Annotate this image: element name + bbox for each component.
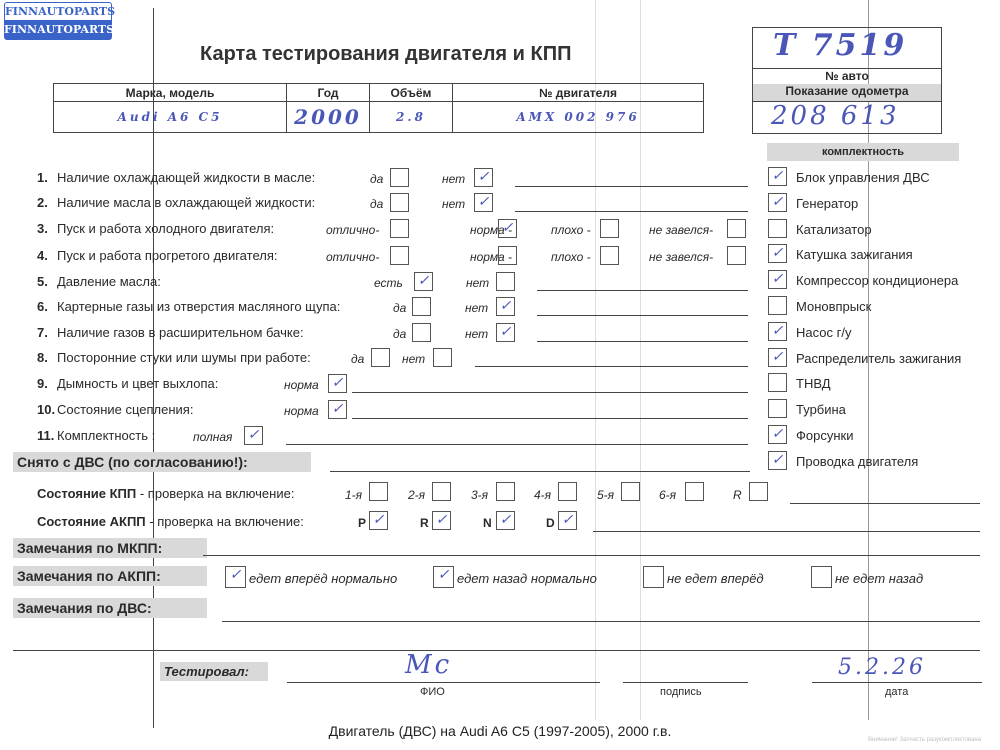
removed-line[interactable]: [330, 471, 750, 472]
remarks-mkpp-line[interactable]: [203, 555, 980, 556]
option-checkbox[interactable]: [727, 219, 746, 238]
akpp-option-label: не едет вперёд: [667, 571, 764, 586]
check-number: 6.: [37, 299, 57, 314]
fio-value: Мс: [405, 650, 452, 680]
check-text: Посторонние стуки или шумы при работе:: [57, 350, 311, 365]
check-row: 5.Давление масла:: [37, 274, 161, 289]
check-text: Наличие охлаждающей жидкости в масле:: [57, 170, 315, 185]
check-number: 1.: [37, 170, 57, 185]
kit-checkbox[interactable]: [768, 399, 787, 418]
gear-label: 3-я: [471, 488, 488, 502]
option-checkbox[interactable]: ✓: [328, 374, 347, 393]
gear-label: 4-я: [534, 488, 551, 502]
kit-checkbox[interactable]: ✓: [768, 451, 787, 470]
signature-label: подпись: [660, 686, 702, 698]
check-row: 8.Посторонние стуки или шумы при работе:: [37, 350, 311, 365]
option-label: нет: [466, 276, 489, 290]
option-checkbox[interactable]: [727, 246, 746, 265]
footer-note: Внимание! Запчасть разукомплектована: [868, 737, 981, 743]
signature-line[interactable]: [623, 682, 748, 683]
check-number: 8.: [37, 350, 57, 365]
auto-gearbox-line[interactable]: [593, 531, 980, 532]
kit-item-label: Компрессор кондиционера: [796, 273, 958, 288]
comment-line[interactable]: [537, 341, 748, 342]
gear-label: D: [546, 516, 555, 530]
kit-checkbox[interactable]: ✓: [768, 167, 787, 186]
gear-label: 1-я: [345, 488, 362, 502]
make-model-value[interactable]: Audi A6 C5: [54, 102, 287, 133]
check-row: 6.Картерные газы из отверстия масляного …: [37, 299, 340, 314]
check-number: 3.: [37, 221, 57, 236]
option-checkbox[interactable]: ✓: [414, 272, 433, 291]
remarks-dvs-line-2[interactable]: [13, 650, 980, 651]
col-make-model: Марка, модель: [54, 84, 287, 102]
option-checkbox[interactable]: [412, 323, 431, 342]
kit-checkbox[interactable]: ✓: [768, 348, 787, 367]
gear-checkbox[interactable]: ✓: [432, 511, 451, 530]
akpp-option-label: едет назад нормально: [457, 571, 597, 586]
gear-checkbox[interactable]: [369, 482, 388, 501]
kit-item-label: ТНВД: [796, 376, 831, 391]
logo-line-2: FINNAUTOPARTS: [4, 21, 112, 38]
comment-line[interactable]: [515, 186, 748, 187]
option-label: норма: [284, 378, 319, 392]
option-checkbox[interactable]: [390, 193, 409, 212]
form-title: Карта тестирования двигателя и КПП: [200, 43, 571, 66]
gear-checkbox[interactable]: [496, 482, 515, 501]
tested-by-label: Тестировал:: [160, 662, 268, 681]
check-text: Наличие газов в расширительном бачке:: [57, 325, 304, 340]
auto-gearbox-label: Состояние АКПП - проверка на включение:: [37, 514, 304, 529]
gear-checkbox[interactable]: [621, 482, 640, 501]
comment-line[interactable]: [515, 211, 748, 212]
option-checkbox[interactable]: [412, 297, 431, 316]
option-label: отлично-: [326, 250, 379, 264]
kit-item-label: Катализатор: [796, 222, 872, 237]
kit-checkbox[interactable]: [768, 373, 787, 392]
comment-line[interactable]: [286, 444, 748, 445]
logo-line-1: FINNAUTOPARTS: [5, 3, 111, 20]
option-label: нет: [442, 172, 465, 186]
check-number: 7.: [37, 325, 57, 340]
engine-number-value[interactable]: AMX 002 976: [453, 102, 704, 133]
check-number: 4.: [37, 248, 57, 263]
check-text: Пуск и работа прогретого двигателя:: [57, 248, 277, 263]
kit-checkbox[interactable]: ✓: [768, 270, 787, 289]
removed-label: Снято с ДВС (по согласованию!):: [13, 452, 311, 472]
finnautoparts-logo: FINNAUTOPARTS FINNAUTOPARTS: [4, 2, 112, 40]
check-row: 7.Наличие газов в расширительном бачке:: [37, 325, 304, 340]
comment-line[interactable]: [537, 290, 748, 291]
option-label: нет: [402, 352, 425, 366]
option-label: да: [393, 327, 406, 341]
akpp-checkbox[interactable]: ✓: [433, 566, 454, 588]
auto-number-box: T 7519 № авто: [752, 27, 942, 86]
kit-item-label: Турбина: [796, 402, 846, 417]
check-row: 11.Комплектность :: [37, 428, 155, 443]
kit-checkbox[interactable]: [768, 219, 787, 238]
kit-item-label: Насос г/у: [796, 325, 851, 340]
option-checkbox[interactable]: ✓: [496, 323, 515, 342]
vehicle-info-table: Марка, модель Год Объём № двигателя Audi…: [53, 83, 704, 133]
remarks-dvs-label: Замечания по ДВС:: [13, 598, 207, 618]
option-label: нет: [465, 301, 488, 315]
fio-label: ФИО: [420, 686, 445, 698]
gear-checkbox[interactable]: [685, 482, 704, 501]
check-text: Состояние сцепления:: [57, 402, 193, 417]
kit-item-label: Катушка зажигания: [796, 247, 913, 262]
remarks-mkpp-label: Замечания по МКПП:: [13, 538, 207, 558]
option-label: нет: [465, 327, 488, 341]
check-number: 10.: [37, 402, 57, 417]
fio-line[interactable]: [287, 682, 600, 683]
gear-checkbox[interactable]: ✓: [496, 511, 515, 530]
check-text: Давление масла:: [57, 274, 161, 289]
gear-label: 5-я: [597, 488, 614, 502]
check-number: 11.: [37, 428, 57, 443]
gear-label: P: [358, 516, 366, 530]
gear-checkbox[interactable]: ✓: [558, 511, 577, 530]
option-label: плохо -: [551, 223, 591, 237]
kit-checkbox[interactable]: ✓: [768, 322, 787, 341]
check-row: 2.Наличие масла в охлаждающей жидкости:: [37, 195, 315, 210]
year-value[interactable]: 2000: [287, 102, 370, 133]
option-label: отлично-: [326, 223, 379, 237]
col-engine-number: № двигателя: [453, 84, 704, 102]
akpp-option-label: не едет назад: [835, 571, 923, 586]
check-row: 10.Состояние сцепления:: [37, 402, 193, 417]
gear-label: R: [420, 516, 429, 530]
manual-gearbox-label: Состояние КПП - проверка на включение:: [37, 486, 294, 501]
option-checkbox[interactable]: [371, 348, 390, 367]
option-checkbox[interactable]: [390, 168, 409, 187]
option-label: полная: [193, 430, 232, 444]
option-label: да: [370, 197, 383, 211]
date-value: 5.2.26: [838, 655, 926, 680]
check-number: 9.: [37, 376, 57, 391]
option-label: да: [370, 172, 383, 186]
check-row: 1.Наличие охлаждающей жидкости в масле:: [37, 170, 315, 185]
comment-line[interactable]: [352, 418, 748, 419]
odometer-label: Показание одометра: [752, 84, 942, 102]
kit-title: комплектность: [767, 143, 959, 161]
check-text: Дымность и цвет выхлопа:: [57, 376, 218, 391]
gear-label: R: [733, 488, 742, 502]
option-checkbox[interactable]: ✓: [474, 168, 493, 187]
comment-line[interactable]: [352, 392, 748, 393]
option-label: да: [351, 352, 364, 366]
option-checkbox[interactable]: [600, 246, 619, 265]
kit-checkbox[interactable]: ✓: [768, 244, 787, 263]
option-label: да: [393, 301, 406, 315]
kit-item-label: Генератор: [796, 196, 858, 211]
kit-item-label: Распределитель зажигания: [796, 351, 961, 366]
kit-item-label: Проводка двигателя: [796, 454, 918, 469]
kit-checkbox[interactable]: ✓: [768, 193, 787, 212]
kit-item-label: Блок управления ДВС: [796, 170, 930, 185]
option-label: не завелся-: [649, 250, 713, 264]
remarks-akpp-label: Замечания по АКПП:: [13, 566, 207, 586]
kit-item-label: Форсунки: [796, 428, 853, 443]
option-label: нет: [442, 197, 465, 211]
date-line[interactable]: [812, 682, 982, 683]
date-label: дата: [885, 686, 908, 698]
check-row: 9.Дымность и цвет выхлопа:: [37, 376, 218, 391]
akpp-checkbox[interactable]: [811, 566, 832, 588]
auto-number-value: T 7519: [773, 28, 907, 63]
manual-gearbox-line[interactable]: [790, 503, 980, 504]
option-checkbox[interactable]: [600, 219, 619, 238]
check-row: 4.Пуск и работа прогретого двигателя:: [37, 248, 277, 263]
option-checkbox[interactable]: ✓: [498, 219, 517, 238]
option-checkbox[interactable]: ✓: [328, 400, 347, 419]
option-checkbox[interactable]: ✓: [474, 193, 493, 212]
option-checkbox[interactable]: [390, 246, 409, 265]
remarks-dvs-line[interactable]: [222, 621, 980, 622]
auto-number-label: № авто: [753, 68, 941, 85]
option-checkbox[interactable]: ✓: [244, 426, 263, 445]
check-text: Пуск и работа холодного двигателя:: [57, 221, 274, 236]
check-text: Наличие масла в охлаждающей жидкости:: [57, 195, 315, 210]
kit-checkbox[interactable]: [768, 296, 787, 315]
comment-line[interactable]: [537, 315, 748, 316]
col-year: Год: [287, 84, 370, 102]
option-label: не завелся-: [649, 223, 713, 237]
gear-checkbox[interactable]: [432, 482, 451, 501]
kit-checkbox[interactable]: ✓: [768, 425, 787, 444]
option-checkbox[interactable]: [496, 272, 515, 291]
option-label: есть: [374, 276, 403, 290]
akpp-checkbox[interactable]: [643, 566, 664, 588]
gear-checkbox[interactable]: ✓: [369, 511, 388, 530]
check-number: 5.: [37, 274, 57, 289]
gear-label: 2-я: [408, 488, 425, 502]
odometer-value: 208 613: [771, 101, 900, 131]
gear-checkbox[interactable]: [749, 482, 768, 501]
option-checkbox[interactable]: [433, 348, 452, 367]
option-checkbox[interactable]: [390, 219, 409, 238]
kit-item-label: Моновпрыск: [796, 299, 871, 314]
option-label: норма: [284, 404, 319, 418]
check-text: Комплектность :: [57, 428, 155, 443]
option-checkbox[interactable]: [498, 246, 517, 265]
odometer-field[interactable]: 208 613: [752, 101, 942, 134]
akpp-option-label: едет вперёд нормально: [249, 571, 397, 586]
col-volume: Объём: [370, 84, 453, 102]
check-number: 2.: [37, 195, 57, 210]
comment-line[interactable]: [475, 366, 748, 367]
option-checkbox[interactable]: ✓: [496, 297, 515, 316]
gear-checkbox[interactable]: [558, 482, 577, 501]
akpp-checkbox[interactable]: ✓: [225, 566, 246, 588]
check-row: 3.Пуск и работа холодного двигателя:: [37, 221, 274, 236]
check-text: Картерные газы из отверстия масляного щу…: [57, 299, 340, 314]
option-label: плохо -: [551, 250, 591, 264]
gear-label: N: [483, 516, 492, 530]
gear-label: 6-я: [659, 488, 676, 502]
image-caption: Двигатель (ДВС) на Audi A6 C5 (1997-2005…: [0, 723, 1000, 739]
volume-value[interactable]: 2.8: [370, 102, 453, 133]
